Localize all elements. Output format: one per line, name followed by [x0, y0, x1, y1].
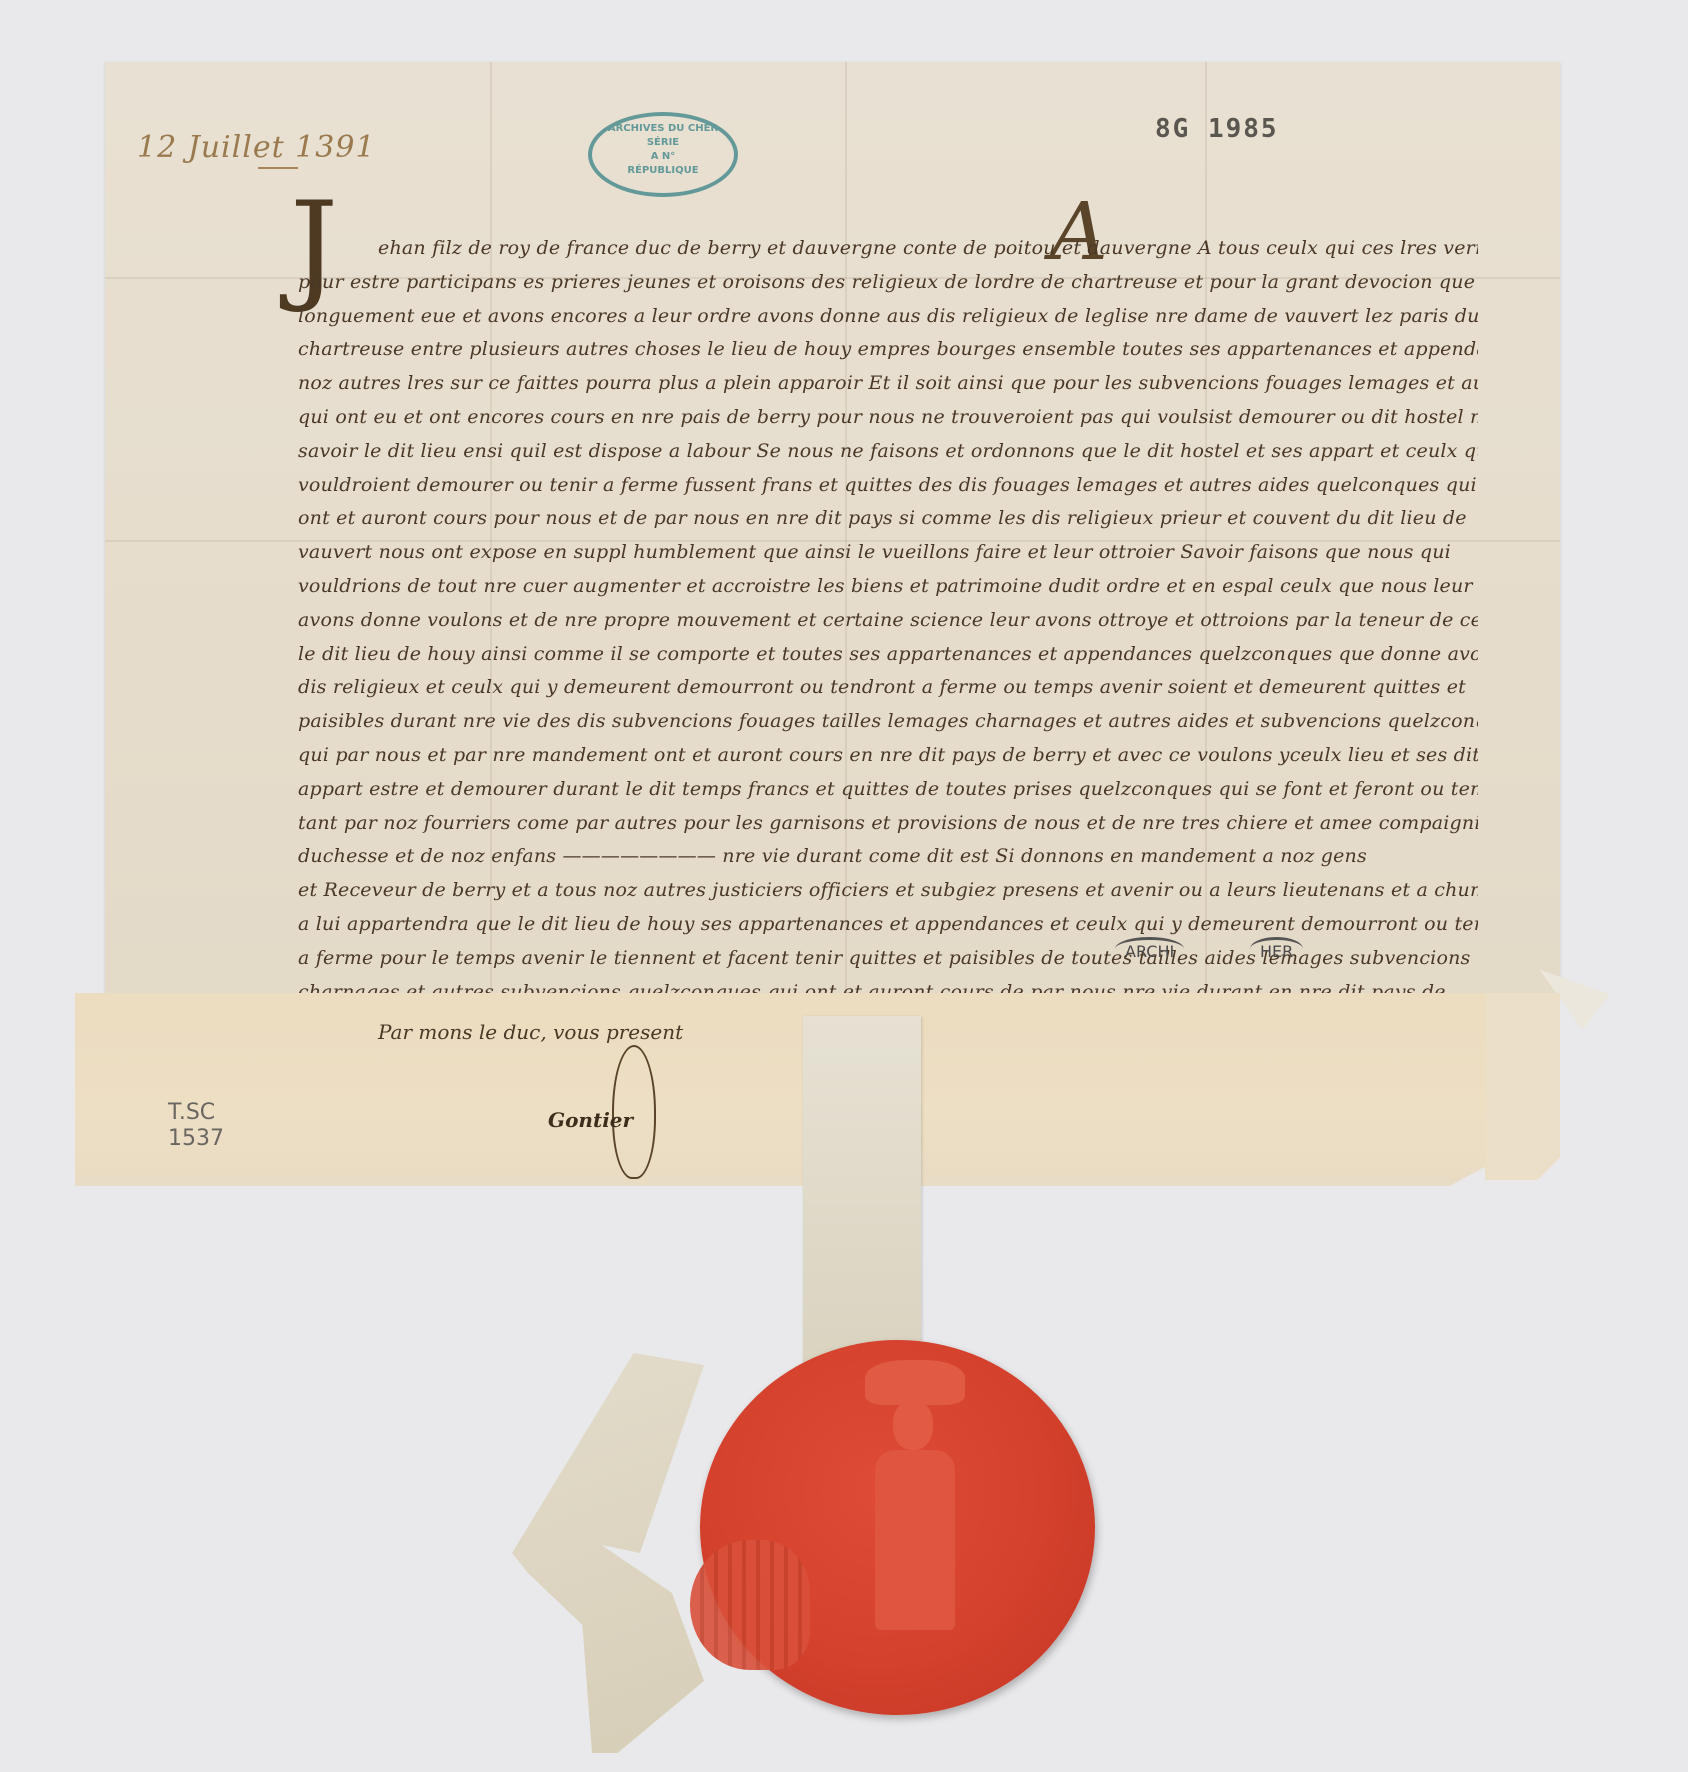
charter-parchment: 12 Juillet 1391 ARCHIVES DU CHER SÉRIE A…: [105, 62, 1560, 997]
seal-shield-icon: [690, 1540, 810, 1670]
text-line: appart estre et demourer durant le dit t…: [298, 773, 1478, 807]
text-line: qui ont eu et ont encores cours en nre p…: [298, 401, 1478, 435]
pencil-shelfmark: T.SC 1537: [168, 1100, 224, 1152]
archive-stamp-line: RÉPUBLIQUE: [592, 164, 734, 178]
seal-canopy: [865, 1360, 965, 1405]
text-line: savoir le dit lieu ensi quil est dispose…: [298, 435, 1478, 469]
text-line: noz autres lres sur ce faittes pourra pl…: [298, 367, 1478, 401]
text-line: a lui appartendra que le dit lieu de hou…: [298, 908, 1478, 942]
archival-date-note: 12 Juillet 1391: [137, 130, 376, 165]
secretary-note: Par mons le duc, vous present: [378, 1020, 683, 1044]
reference-stamp: 8G 1985: [1155, 114, 1279, 144]
date-underline: [258, 167, 298, 169]
text-line: longuement eue et avons encores a leur o…: [298, 300, 1478, 334]
text-line: vauvert nous ont expose en suppl humblem…: [298, 536, 1478, 570]
text-line: vouldrions de tout nre cuer augmenter et…: [298, 570, 1478, 604]
text-line: qui par nous et par nre mandement ont et…: [298, 739, 1478, 773]
stamp-fragment: ARCHI: [1115, 937, 1184, 961]
fold-over-strip: [75, 993, 1485, 1186]
text-line: tant par noz fourriers come par autres p…: [298, 807, 1478, 841]
fold-over-strip-end: [1485, 993, 1560, 1180]
secretary-signature: Gontier: [548, 1108, 633, 1132]
text-line: duchesse et de noz enfans ———————— nre v…: [298, 840, 1478, 874]
pencil-shelfmark-line: T.SC: [168, 1100, 224, 1126]
text-line: ont et auront cours pour nous et de par …: [298, 502, 1478, 536]
text-line: chartreuse entre plusieurs autres choses…: [298, 333, 1478, 367]
archive-stamp-line: ARCHIVES DU CHER: [592, 122, 734, 136]
text-line: dis religieux et ceulx qui y demeurent d…: [298, 671, 1478, 705]
seal-robed-body: [875, 1450, 955, 1630]
seal-head: [893, 1400, 933, 1450]
text-line: le dit lieu de houy ainsi comme il se co…: [298, 638, 1478, 672]
archive-stamp: ARCHIVES DU CHER SÉRIE A N° RÉPUBLIQUE: [588, 112, 738, 197]
stamp-fragment: HER: [1250, 937, 1303, 961]
seal-figure-icon: [860, 1360, 970, 1640]
text-line: vouldroient demourer ou tenir a ferme fu…: [298, 469, 1478, 503]
text-line: ehan filz de roy de france duc de berry …: [298, 232, 1478, 266]
archive-stamp-line: A N°: [592, 150, 734, 164]
text-line: et Receveur de berry et a tous noz autre…: [298, 874, 1478, 908]
archive-stamp-line: SÉRIE: [592, 136, 734, 150]
text-line: avons donne voulons et de nre propre mou…: [298, 604, 1478, 638]
text-line: paisibles durant nre vie des dis subvenc…: [298, 705, 1478, 739]
text-line: pour estre participans es prieres jeunes…: [298, 266, 1478, 300]
pencil-shelfmark-line: 1537: [168, 1126, 224, 1152]
red-wax-seal: [700, 1340, 1095, 1715]
